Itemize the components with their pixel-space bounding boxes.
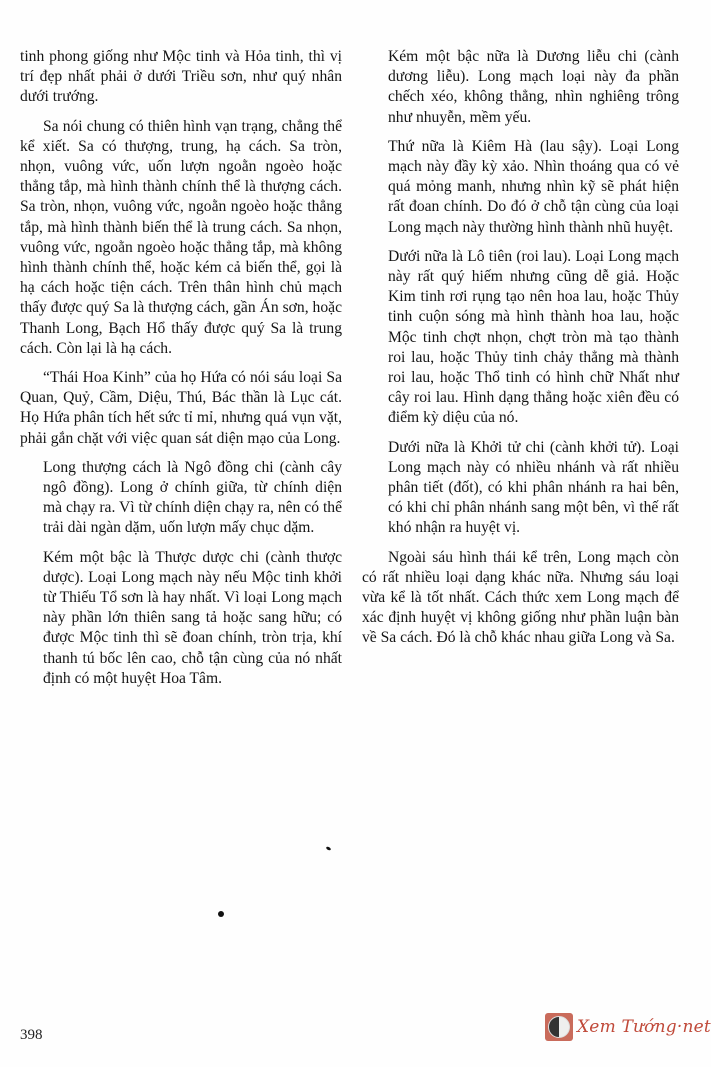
watermark-logo: Xem Tướng·net bbox=[545, 1013, 711, 1041]
left-column: tinh phong giống như Mộc tinh và Hỏa tin… bbox=[20, 47, 342, 698]
page-number: 398 bbox=[20, 1027, 43, 1044]
book-page: tinh phong giống như Mộc tinh và Hỏa tin… bbox=[0, 0, 711, 1067]
paragraph-duong-lieu-chi: Kém một bậc nữa là Dương liễu chi (cành … bbox=[388, 47, 679, 128]
paragraph-khoi-tu-chi: Dưới nữa là Khởi tử chi (cành khởi tử). … bbox=[388, 438, 679, 539]
scan-speck bbox=[218, 911, 224, 917]
paragraph-lo-tien: Dưới nữa là Lô tiên (roi lau). Loại Long… bbox=[388, 247, 679, 429]
paragraph-sa-overview: Sa nói chung có thiên hình vạn trạng, ch… bbox=[20, 117, 342, 359]
paragraph-continuation: tinh phong giống như Mộc tinh và Hỏa tin… bbox=[20, 47, 342, 108]
paragraph-thuoc-duoc-chi: Kém một bậc là Thược dược chi (cành thượ… bbox=[43, 548, 342, 689]
paragraph-thai-hoa-kinh: “Thái Hoa Kinh” của họ Hứa có nói sáu lo… bbox=[20, 368, 342, 449]
paragraph-kiem-ha: Thứ nữa là Kiêm Hà (lau sậy). Loại Long … bbox=[388, 137, 679, 238]
yin-yang-icon bbox=[545, 1013, 573, 1041]
watermark-text: Xem Tướng·net bbox=[577, 1017, 711, 1037]
scan-speck bbox=[326, 846, 332, 851]
paragraph-ngo-dong-chi: Long thượng cách là Ngô đồng chi (cành c… bbox=[43, 458, 342, 539]
right-column: Kém một bậc nữa là Dương liễu chi (cành … bbox=[362, 47, 679, 658]
paragraph-conclusion: Ngoài sáu hình thái kể trên, Long mạch c… bbox=[362, 548, 679, 649]
